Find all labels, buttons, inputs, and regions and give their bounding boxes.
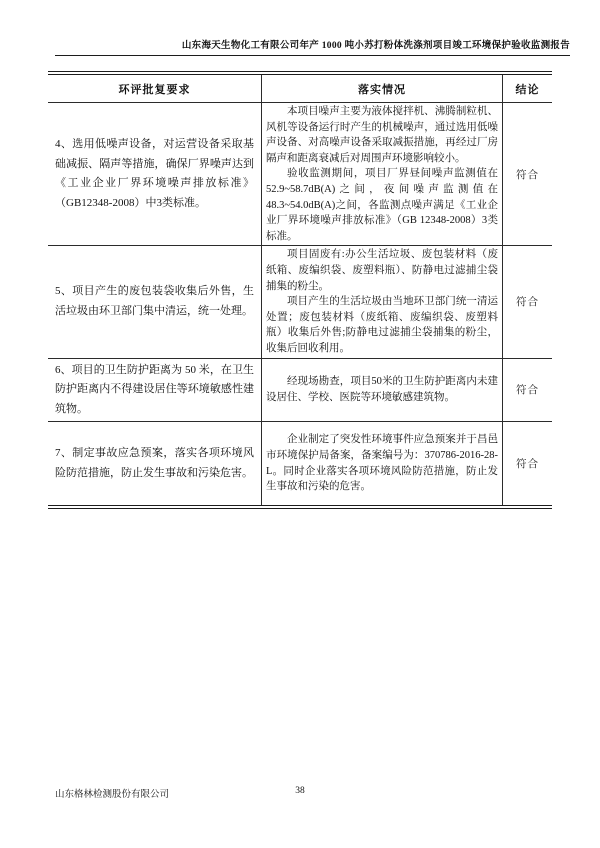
approval-requirements-table: 环评批复要求 落实情况 结论 4、选用低噪声设备，对运营设备采取基础减振、隔声等… — [48, 71, 552, 509]
requirement-text-5: 5、项目产生的废包装袋收集后外售，生活垃圾由环卫部门集中清运，统一处理。 — [55, 282, 254, 321]
implementation-paragraph: 企业制定了突发性环境事件应急预案并于昌邑市环境保护局备案，备案编号为：37078… — [266, 432, 498, 494]
implementation-cell-7: 企业制定了突发性环境事件应急预案并于昌邑市环境保护局备案，备案编号为：37078… — [262, 422, 503, 505]
implementation-cell-5: 项目固废有:办公生活垃圾、废包装材料（废纸箱、废编织袋、废塑料瓶）、防静电过滤捕… — [262, 246, 503, 358]
requirement-text-7: 7、制定事故应急预案，落实各项环境风险防范措施，防止发生事故和污染危害。 — [55, 444, 254, 483]
implementation-cell-6: 经现场勘查，项目50米的卫生防护距离内未建设居住、学校、医院等环境敏感建筑物。 — [262, 359, 503, 423]
conclusion-cell-6: 符合 — [503, 359, 552, 423]
implementation-paragraph: 验收监测期间，项目厂界昼间噪声监测值在52.9~58.7dB(A)之间，夜间噪声… — [266, 166, 498, 244]
conclusion-cell-4: 符合 — [503, 103, 552, 246]
conclusion-cell-7: 符合 — [503, 422, 552, 505]
implementation-paragraph: 项目固废有:办公生活垃圾、废包装材料（废纸箱、废编织袋、废塑料瓶）、防静电过滤捕… — [266, 247, 498, 294]
implementation-paragraph: 项目产生的生活垃圾由当地环卫部门统一清运处置；废包装材料（废纸箱、废编织袋、废塑… — [266, 294, 498, 356]
page-header-title: 山东海天生物化工有限公司年产 1000 吨小苏打粉体洗涤剂项目竣工环境保护验收监… — [30, 37, 570, 51]
implementation-paragraph: 经现场勘查，项目50米的卫生防护距离内未建设居住、学校、医院等环境敏感建筑物。 — [266, 374, 498, 405]
conclusion-cell-5: 符合 — [503, 246, 552, 358]
footer-page-number: 38 — [0, 786, 600, 796]
column-header-implementation: 落实情况 — [262, 75, 503, 103]
document-page: 山东海天生物化工有限公司年产 1000 吨小苏打粉体洗涤剂项目竣工环境保护验收监… — [0, 0, 600, 848]
requirement-cell-5: 5、项目产生的废包装袋收集后外售，生活垃圾由环卫部门集中清运，统一处理。 — [48, 246, 262, 358]
requirement-text-4: 4、选用低噪声设备，对运营设备采取基础减振、隔声等措施，确保厂界噪声达到《工业企… — [55, 135, 254, 213]
column-header-conclusion: 结论 — [503, 75, 552, 103]
implementation-paragraph: 本项目噪声主要为液体搅拌机、沸腾制粒机、风机等设备运行时产生的机械噪声，通过选用… — [266, 104, 498, 166]
implementation-cell-4: 本项目噪声主要为液体搅拌机、沸腾制粒机、风机等设备运行时产生的机械噪声，通过选用… — [262, 103, 503, 246]
requirement-cell-7: 7、制定事故应急预案，落实各项环境风险防范措施，防止发生事故和污染危害。 — [48, 422, 262, 505]
requirement-cell-6: 6、项目的卫生防护距离为 50 米，在卫生防护距离内不得建设居住等环境敏感性建筑… — [48, 359, 262, 423]
page-header-rule — [55, 55, 570, 56]
column-header-requirement: 环评批复要求 — [48, 75, 262, 103]
requirement-cell-4: 4、选用低噪声设备，对运营设备采取基础减振、隔声等措施，确保厂界噪声达到《工业企… — [48, 103, 262, 246]
requirement-text-6: 6、项目的卫生防护距离为 50 米，在卫生防护距离内不得建设居住等环境敏感性建筑… — [55, 361, 254, 420]
